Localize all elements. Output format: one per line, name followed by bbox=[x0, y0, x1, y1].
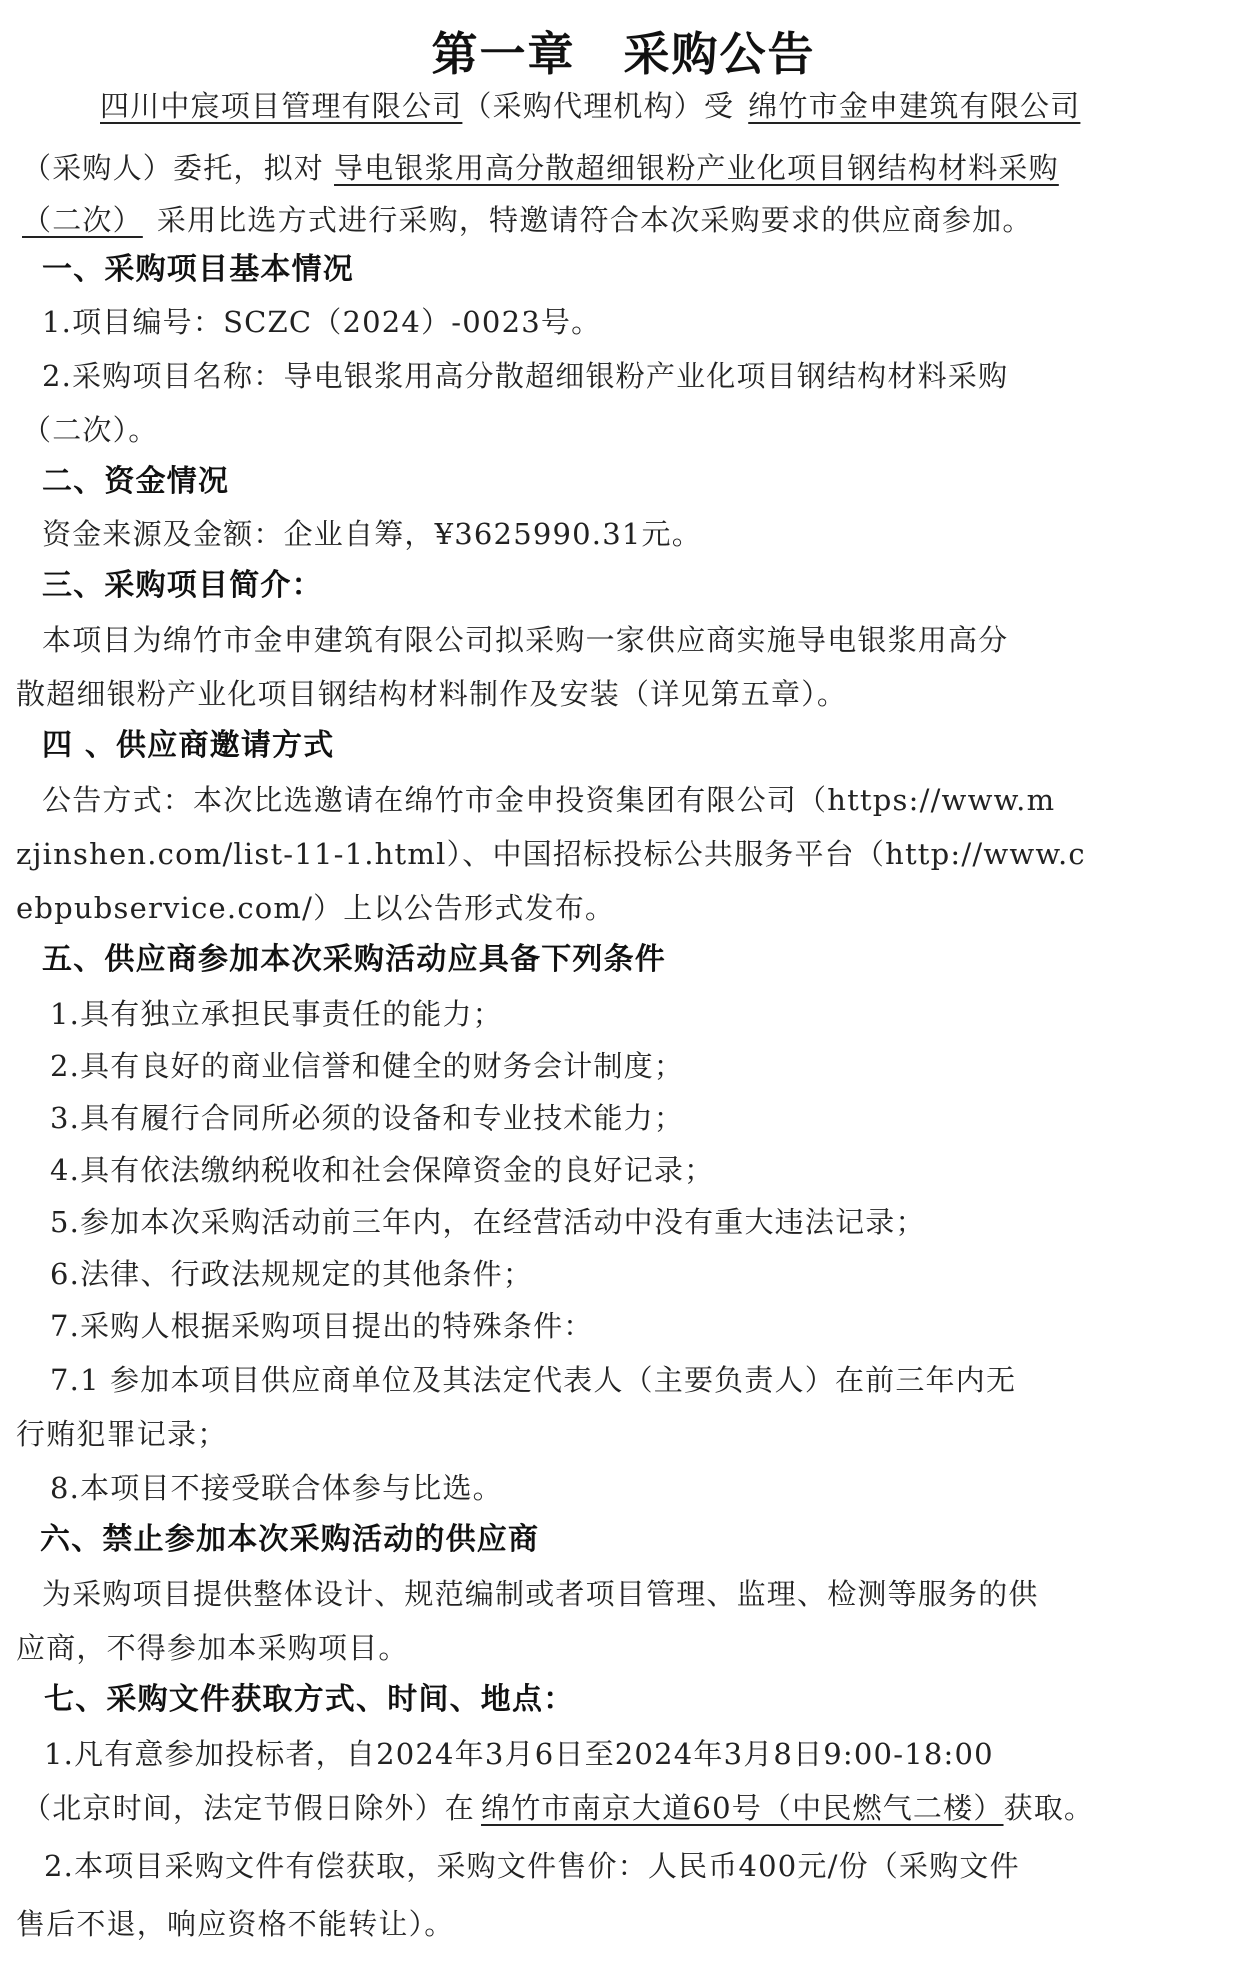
section-2-heading: 二、资金情况 bbox=[42, 462, 229, 502]
condition-item: 3.具有履行合同所必须的设备和专业技术能力； bbox=[50, 1098, 684, 1138]
address: 绵竹市南京大道60号（中民燃气二楼） bbox=[475, 1791, 1004, 1825]
funding-text: 资金来源及金额：企业自筹，¥3625990.31元。 bbox=[42, 514, 702, 554]
section-3-heading: 三、采购项目简介： bbox=[42, 566, 323, 606]
condition-item: 6.法律、行政法规规定的其他条件； bbox=[50, 1254, 533, 1294]
project-number: 1.项目编号：SCZC（2024）-0023号。 bbox=[42, 302, 601, 342]
condition-item-7-1-line-1: 7.1 参加本项目供应商单位及其法定代表人（主要负责人）在前三年内无 bbox=[50, 1360, 1016, 1400]
condition-item: 1.具有独立承担民事责任的能力； bbox=[50, 994, 503, 1034]
page-title: 第一章 采购公告 bbox=[0, 18, 1247, 84]
acquisition-location: （北京时间，法定节假日除外）在绵竹市南京大道60号（中民燃气二楼）获取。 bbox=[22, 1788, 1094, 1828]
section-6-heading: 六、禁止参加本次采购活动的供应商 bbox=[40, 1520, 539, 1560]
project-title-line-2: （二次）。 bbox=[22, 410, 159, 450]
condition-item: 4.具有依法缴纳税收和社会保障资金的良好记录； bbox=[50, 1150, 714, 1190]
section-7-heading: 七、采购文件获取方式、时间、地点： bbox=[44, 1680, 574, 1720]
document-price-line-1: 2.本项目采购文件有偿获取，采购文件售价：人民币400元/份（采购文件 bbox=[44, 1846, 1020, 1886]
purchaser-name: 绵竹市金申建筑有限公司 bbox=[734, 89, 1080, 123]
invite-line-1: 公告方式：本次比选邀请在绵竹市金申投资集团有限公司（https://www.m bbox=[42, 780, 1055, 820]
condition-item: 5.参加本次采购活动前三年内，在经营活动中没有重大违法记录； bbox=[50, 1202, 926, 1242]
prohibited-line-2: 应商，不得参加本采购项目。 bbox=[16, 1628, 409, 1668]
procurement-announcement-page: 第一章 采购公告 四川中宸项目管理有限公司（采购代理机构）受绵竹市金申建筑有限公… bbox=[0, 0, 1247, 1962]
condition-item-8: 8.本项目不接受联合体参与比选。 bbox=[50, 1468, 503, 1508]
intro-line-2: （采购人）委托，拟对导电银浆用高分散超细银粉产业化项目钢结构材料采购 bbox=[22, 148, 1059, 188]
section-5-heading: 五、供应商参加本次采购活动应具备下列条件 bbox=[42, 940, 666, 980]
invite-line-2: zjinshen.com/list-11-1.html）、中国招标投标公共服务平… bbox=[16, 834, 1086, 874]
project-title-line-1: 2.采购项目名称：导电银浆用高分散超细银粉产业化项目钢结构材料采购 bbox=[42, 356, 1008, 396]
condition-item-7-1-line-2: 行贿犯罪记录； bbox=[16, 1414, 227, 1454]
invite-line-3: ebpubservice.com/）上以公告形式发布。 bbox=[16, 888, 615, 928]
section-1-heading: 一、采购项目基本情况 bbox=[42, 250, 354, 290]
project-name: 导电银浆用高分散超细银粉产业化项目钢结构材料采购 bbox=[324, 151, 1059, 185]
section-4-heading: 四 、供应商邀请方式 bbox=[42, 726, 334, 766]
summary-line-1: 本项目为绵竹市金申建筑有限公司拟采购一家供应商实施导电银浆用高分 bbox=[42, 620, 1008, 660]
document-price-line-2: 售后不退，响应资格不能转让）。 bbox=[16, 1904, 455, 1944]
intro-line-1: 四川中宸项目管理有限公司（采购代理机构）受绵竹市金申建筑有限公司 bbox=[100, 86, 1080, 126]
condition-item: 2.具有良好的商业信誉和健全的财务会计制度； bbox=[50, 1046, 684, 1086]
summary-line-2: 散超细银粉产业化项目钢结构材料制作及安装（详见第五章）。 bbox=[16, 674, 847, 714]
intro-line-3: （二次）采用比选方式进行采购，特邀请符合本次采购要求的供应商参加。 bbox=[22, 200, 1033, 240]
project-name-cont: （二次） bbox=[22, 203, 143, 237]
acquisition-time: 1.凡有意参加投标者，自2024年3月6日至2024年3月8日9:00-18:0… bbox=[44, 1734, 994, 1774]
prohibited-line-1: 为采购项目提供整体设计、规范编制或者项目管理、监理、检测等服务的供 bbox=[42, 1574, 1039, 1614]
agency-name: 四川中宸项目管理有限公司 bbox=[100, 89, 462, 123]
condition-item: 7.采购人根据采购项目提出的特殊条件： bbox=[50, 1306, 593, 1346]
